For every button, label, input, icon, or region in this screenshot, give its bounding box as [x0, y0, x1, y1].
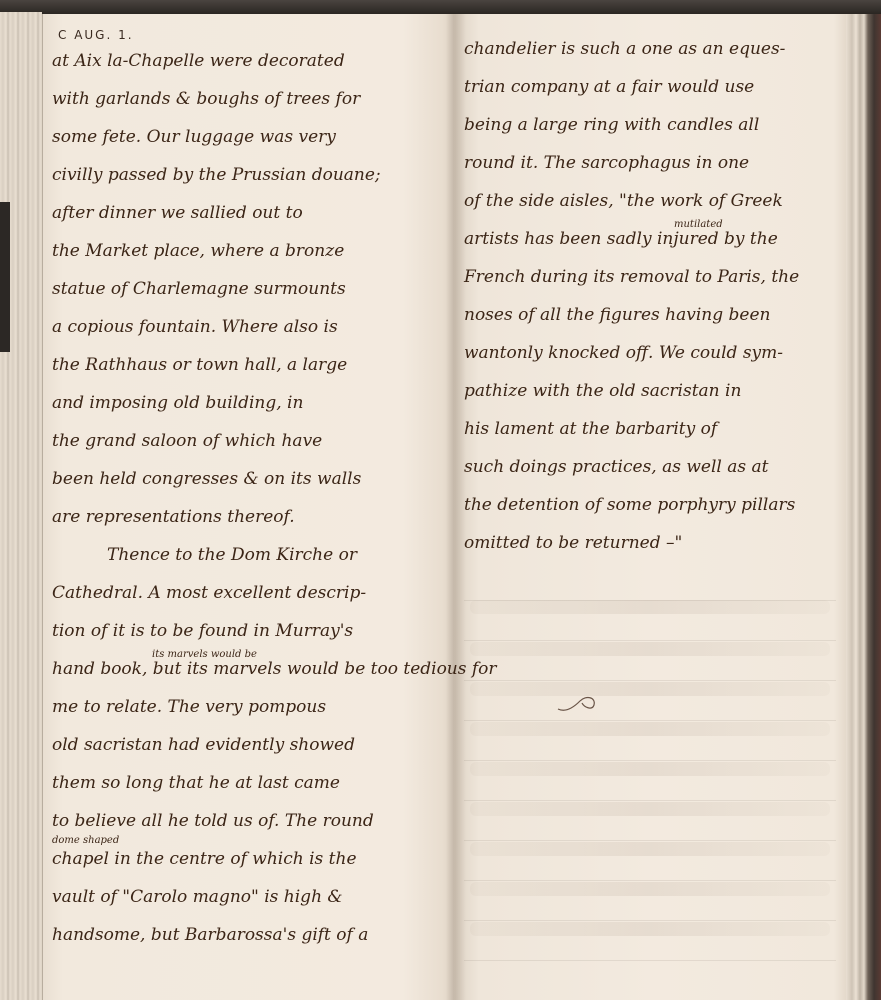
text-line: been held congresses & on its walls — [52, 460, 447, 498]
ink-bleed — [470, 682, 830, 696]
left-page-edges — [0, 12, 42, 1000]
text-line: trian company at a fair would use — [464, 68, 839, 106]
ruled-line — [464, 800, 836, 801]
right-page-edges — [846, 14, 881, 1000]
ruled-line — [464, 880, 836, 881]
text-line: and imposing old building, in — [52, 384, 447, 422]
text-line-with-correction: its marvels would be hand book, but its … — [52, 650, 447, 688]
text-line: pathize with the old sacristan in — [464, 372, 839, 410]
ink-bleed — [470, 922, 830, 936]
text-line: them so long that he at last came — [52, 764, 447, 802]
ruled-line — [464, 640, 836, 641]
ink-bleed — [470, 642, 830, 656]
text-line: the Rathhaus or town hall, a large — [52, 346, 447, 384]
text-line: of the side aisles, "the work of Greek — [464, 182, 839, 220]
text-line: chandelier is such a one as an eques- — [464, 30, 839, 68]
text-line-paragraph-start: Thence to the Dom Kirche or — [52, 536, 447, 574]
text-line: tion of it is to be found in Murray's — [52, 612, 447, 650]
ruled-line — [464, 720, 836, 721]
text-line: Cathedral. A most excellent descrip- — [52, 574, 447, 612]
text-line: noses of all the figures having been — [464, 296, 839, 334]
ruled-line — [464, 680, 836, 681]
interlinear-insertion: its marvels would be — [152, 650, 257, 660]
text-line: statue of Charlemagne surmounts — [52, 270, 447, 308]
interlinear-insertion: dome shaped — [52, 836, 119, 846]
text-line: old sacristan had evidently showed — [52, 726, 447, 764]
ink-bleed — [470, 802, 830, 816]
text-line: handsome, but Barbarossa's gift of a — [52, 916, 447, 954]
text-line: at Aix la-Chapelle were decorated — [52, 42, 447, 80]
text-line-content: chapel in the centre of which is the — [52, 849, 357, 869]
ruled-line — [464, 840, 836, 841]
text-line: some fete. Our luggage was very — [52, 118, 447, 156]
ink-bleed — [470, 762, 830, 776]
text-line-last: omitted to be returned –" — [464, 524, 839, 562]
page-header-date: C AUG. 1. — [58, 28, 134, 42]
text-line-content: artists has been sadly injured by the — [464, 229, 778, 249]
text-line: the Market place, where a bronze — [52, 232, 447, 270]
text-line: his lament at the barbarity of — [464, 410, 839, 448]
text-line: being a large ring with candles all — [464, 106, 839, 144]
ink-bleed — [470, 600, 830, 614]
text-line: a copious fountain. Where also is — [52, 308, 447, 346]
text-line: round it. The sarcophagus in one — [464, 144, 839, 182]
text-line: with garlands & boughs of trees for — [52, 80, 447, 118]
cover-edge — [0, 202, 10, 352]
ruled-line — [464, 920, 836, 921]
ink-bleed — [470, 722, 830, 736]
text-line: the detention of some porphyry pillars — [464, 486, 839, 524]
text-line-with-correction: mutilated artists has been sadly injured… — [464, 220, 839, 258]
ruled-line — [464, 960, 836, 961]
text-line: French during its removal to Paris, the — [464, 258, 839, 296]
text-line: vault of "Carolo magno" is high & — [52, 878, 447, 916]
text-line: me to relate. The very pompous — [52, 688, 447, 726]
left-page-text: at Aix la-Chapelle were decorated with g… — [52, 42, 447, 954]
right-page-text: chandelier is such a one as an eques- tr… — [464, 30, 839, 562]
text-line-with-insertion: dome shaped chapel in the centre of whic… — [52, 840, 447, 878]
text-line-with-strikethrough: such doings practices, as well as at — [464, 448, 839, 486]
text-line: are representations thereof. — [52, 498, 447, 536]
text-line: wantonly knocked off. We could sym- — [464, 334, 839, 372]
text-line: after dinner we sallied out to — [52, 194, 447, 232]
ink-bleed — [470, 842, 830, 856]
text-line-content: hand book, but its marvels would be too … — [52, 659, 497, 679]
text-line: the grand saloon of which have — [52, 422, 447, 460]
pencil-squiggle-mark — [556, 693, 600, 717]
book-gutter — [446, 14, 466, 1000]
ruled-line — [464, 760, 836, 761]
interlinear-insertion: mutilated — [674, 220, 723, 230]
ink-bleed — [470, 882, 830, 896]
text-line: civilly passed by the Prussian douane; — [52, 156, 447, 194]
open-journal: C AUG. 1. at Aix la-Chapelle were decora… — [0, 0, 881, 1000]
